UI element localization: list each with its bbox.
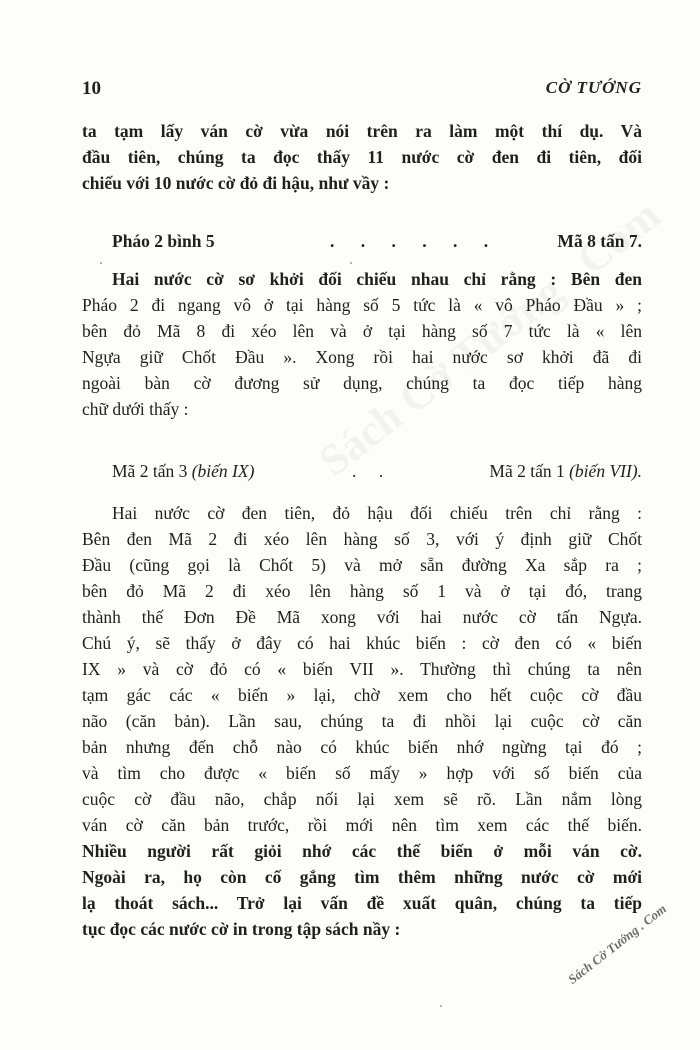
page-header: 10 CỜ TƯỚNG xyxy=(82,78,642,104)
text-line: Ngựa giữ Chốt Đầu ». Xong rồi hai nước s… xyxy=(82,344,642,370)
move-black: Mã 2 tấn 3 (biến IX) xyxy=(112,458,254,484)
move-leader-dots: . . . . . . xyxy=(330,228,488,254)
move-leader-dots: . . xyxy=(352,458,383,484)
text-line: Bên đen Mã 2 đi xéo lên hàng số 3, với ý… xyxy=(82,526,642,552)
text-line: Pháo 2 đi ngang vô ở tại hàng số 5 tức l… xyxy=(82,292,642,318)
text-line: thành thế Đơn Đề Mã xong với hai nước cờ… xyxy=(82,604,642,630)
move-black-note: (biến IX) xyxy=(192,461,255,481)
text-line: chữ dưới thấy : xyxy=(82,396,642,422)
move-black-text: Mã 2 tấn 3 xyxy=(112,461,187,481)
text-line: Nhiều người rất giỏi nhớ các thế biến ở … xyxy=(82,838,642,864)
move-red: Mã 2 tấn 1 (biến VII). xyxy=(489,458,642,484)
text-line: IX » và cờ đỏ có « biến VII ». Thường th… xyxy=(82,656,642,682)
move-red: Mã 8 tấn 7. xyxy=(557,228,642,254)
move-black: Pháo 2 bình 5 xyxy=(112,228,215,254)
text-line: Ngoài ra, họ còn cố gắng tìm thêm những … xyxy=(82,864,642,890)
book-page: 10 CỜ TƯỚNG Sách Cờ Tướng . Com ta tạm l… xyxy=(0,0,700,1050)
running-title: CỜ TƯỚNG xyxy=(546,78,642,98)
text-line: bên đỏ Mã 8 đi xéo lên và ở tại hàng số … xyxy=(82,318,642,344)
move-red-text: Mã 2 tấn 1 xyxy=(489,461,564,481)
text-line: não (căn bản). Lần sau, chúng ta đi nhồi… xyxy=(82,708,642,734)
scan-speck xyxy=(100,262,102,264)
text-line: chiếu với 10 nước cờ đỏ đi hậu, như vầy … xyxy=(82,170,642,196)
text-line: tạm gác các « biến » lại, chờ xem cho hế… xyxy=(82,682,642,708)
text-line: bản nhưng đến chỗ nào có khúc biến nhớ n… xyxy=(82,734,642,760)
text-line: đầu tiên, chúng ta đọc thấy 11 nước cờ đ… xyxy=(82,144,642,170)
text-line: ngoài bàn cờ đương sử dụng, chúng ta đọc… xyxy=(82,370,642,396)
text-line: bên đỏ Mã 2 đi xéo lên hàng số 1 và ở tạ… xyxy=(82,578,642,604)
move-red-note: (biến VII). xyxy=(569,461,642,481)
text-line: lạ thoát sách... Trở lại vấn đề xuất quâ… xyxy=(82,890,642,916)
scan-speck xyxy=(350,262,352,264)
scan-speck xyxy=(440,1005,442,1007)
text-line: Đầu (cũng gọi là Chốt 5) và mở sẵn đường… xyxy=(82,552,642,578)
text-line: và tìm cho được « biến số mấy » hợp với … xyxy=(82,760,642,786)
text-line: cuộc cờ đầu não, chắp nối lại xem sẽ rõ.… xyxy=(82,786,642,812)
page-number: 10 xyxy=(82,78,101,100)
text-line: Chú ý, sẽ thấy ở đây có hai khúc biến : … xyxy=(82,630,642,656)
text-line: ván cờ căn bản trước, rồi mới nên tìm xe… xyxy=(82,812,642,838)
text-line: Hai nước cờ sơ khởi đối chiếu nhau chỉ r… xyxy=(82,266,642,292)
text-line: tục đọc các nước cờ in trong tập sách nầ… xyxy=(82,916,642,942)
text-line: Hai nước cờ đen tiên, đỏ hậu đối chiếu t… xyxy=(82,500,642,526)
scan-speck xyxy=(88,750,90,752)
text-line: ta tạm lấy ván cờ vừa nói trên ra làm mộ… xyxy=(82,118,642,144)
